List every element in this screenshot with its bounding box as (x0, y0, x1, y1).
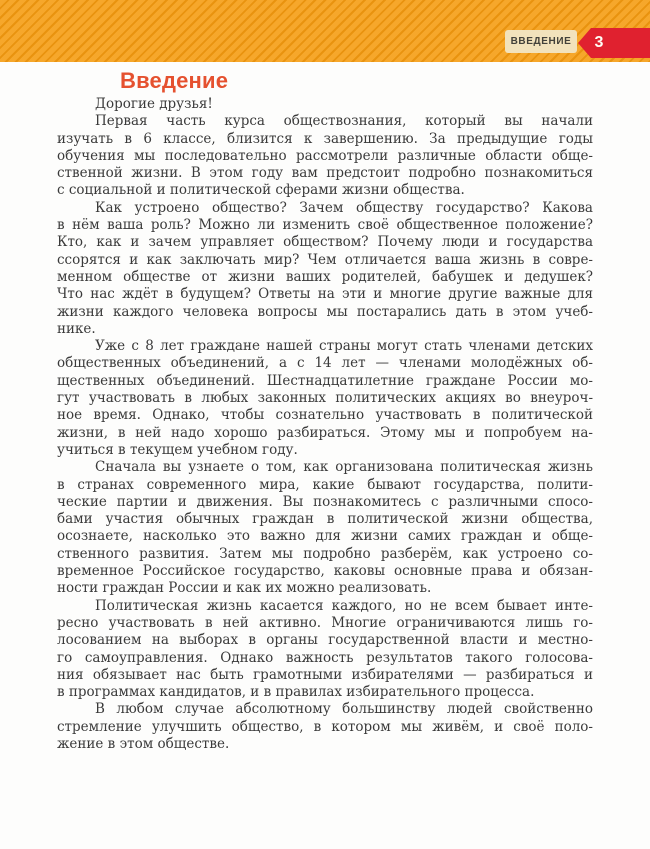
text-line: в программах кандидатов, и в правилах из… (57, 684, 593, 701)
section-label: ВВЕДЕНИЕ (505, 30, 577, 53)
text-line: щественных объединений. Шестнадцатилетни… (57, 373, 593, 390)
text-line: ния обязывает нас быть грамотными избира… (57, 667, 593, 684)
text-line: изучать в 6 классе, близится к завершени… (57, 131, 593, 148)
chapter-heading: Введение (120, 68, 228, 94)
page-number-tab: 3 (578, 28, 650, 58)
text-line: жизни каждого человека вопросы мы постар… (57, 304, 593, 321)
text-line: менном обществе от жизни ваших родителей… (57, 269, 593, 286)
text-line: бами участия обычных граждан в политичес… (57, 511, 593, 528)
book-page: { "header": { "section_label": "ВВЕДЕНИЕ… (0, 0, 650, 849)
header-band: ВВЕДЕНИЕ 3 (0, 0, 650, 62)
text-line: гут участвовать в любых законных политич… (57, 390, 593, 407)
text-line: осознаете, насколько это важно для жизни… (57, 528, 593, 545)
paragraph: Уже с 8 лет граждане нашей страны могут … (57, 338, 593, 459)
text-line: Как устроено общество? Зачем обществу го… (57, 200, 593, 217)
text-line: обучения мы последовательно рассмотрели … (57, 148, 593, 165)
paragraph: Сначала вы узнаете о том, как организова… (57, 459, 593, 597)
text-line: нике. (57, 321, 593, 338)
text-line: ное время. Однако, чтобы сознательно уча… (57, 407, 593, 424)
text-line: стремление улучшить общество, в котором … (57, 719, 593, 736)
text-line: Политическая жизнь касается каждого, но … (57, 598, 593, 615)
text-line: жение в этом обществе. (57, 736, 593, 753)
text-line: го самоуправления. Однако важность резул… (57, 650, 593, 667)
text-line: Уже с 8 лет граждане нашей страны могут … (57, 338, 593, 355)
text-line: Сначала вы узнаете о том, как организова… (57, 459, 593, 476)
text-line: ственной жизни. В этом году вам предстои… (57, 165, 593, 182)
text-line: ственного развития. Затем мы подробно ра… (57, 546, 593, 563)
paragraph: Первая часть курса обществознания, котор… (57, 113, 593, 199)
text-line: жизни, в ней надо хорошо разбираться. Эт… (57, 425, 593, 442)
text-line: в нём ваша роль? Можно ли изменить своё … (57, 217, 593, 234)
text-line: общественных объединений, а с 14 лет — ч… (57, 355, 593, 372)
text-line: с социальной и политической сферами жизн… (57, 182, 593, 199)
text-line: ческие партии и движения. Вы познакомите… (57, 494, 593, 511)
text-line: ресно участвовать в ней активно. Многие … (57, 615, 593, 632)
text-line: Первая часть курса обществознания, котор… (57, 113, 593, 130)
text-line: лосованием на выборах в органы государст… (57, 632, 593, 649)
text-line: временное Российское государство, каковы… (57, 563, 593, 580)
text-line: учиться в текущем учебном году. (57, 442, 593, 459)
text-line: в странах современного мира, какие бываю… (57, 477, 593, 494)
text-line: Что нас ждёт в будущем? Ответы на эти и … (57, 286, 593, 303)
paragraph: Политическая жизнь касается каждого, но … (57, 598, 593, 702)
body-text: Дорогие друзья!Первая часть курса общест… (57, 96, 593, 753)
text-line: Дорогие друзья! (57, 96, 593, 113)
page-number: 3 (591, 28, 607, 58)
text-line: ности граждан России и как их можно реал… (57, 580, 593, 597)
text-line: В любом случае абсолютному большинству л… (57, 701, 593, 718)
text-line: Кто, как и зачем управляет обществом? По… (57, 234, 593, 251)
text-line: ссорятся и как заключать мир? Чем отлича… (57, 252, 593, 269)
paragraph: Как устроено общество? Зачем обществу го… (57, 200, 593, 338)
paragraph: Дорогие друзья! (57, 96, 593, 113)
paragraph: В любом случае абсолютному большинству л… (57, 701, 593, 753)
